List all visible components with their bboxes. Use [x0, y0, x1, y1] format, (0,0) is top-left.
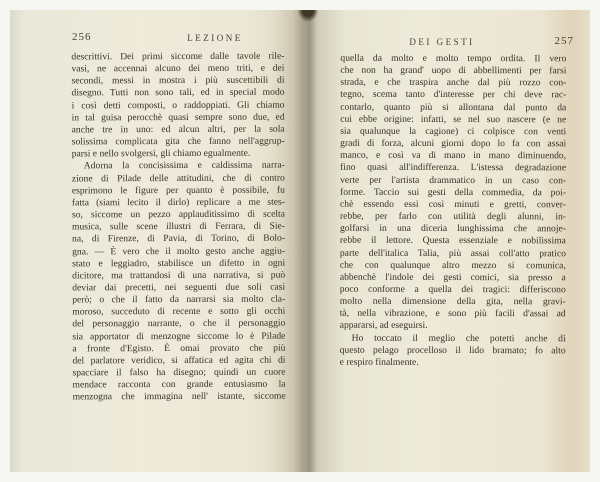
text-line: quella da molto e molto tempo ordita. Il…: [340, 53, 566, 66]
text-line: Adorna la concisissima e caldissima narr…: [72, 160, 285, 173]
text-line: musica, sulle scene illustri di Ferrara,…: [72, 221, 285, 234]
text-line: descrittivi. Dei primi siccome dalle tav…: [71, 51, 284, 64]
text-line: secondi, messi in mostra i più suscettib…: [71, 75, 284, 88]
text-line: so, siccome un pezzo applauditissimo di …: [72, 209, 285, 222]
text-line: golfarsi in una diceria lunghissima che …: [340, 223, 566, 236]
text-line: parte dell'italica Talia, più assai coll…: [340, 247, 566, 260]
text-line: vasi, ne accennai alcuno dei meno triti,…: [71, 63, 284, 76]
text-line: tà, nella vibrazione, e sono più facili …: [340, 308, 566, 321]
text-line: manco, e così va di mano in mano diminue…: [340, 150, 566, 163]
text-line: spacciare il falso ha disegno; quindi un…: [72, 367, 285, 380]
right-page: 257 DEI GESTI quella da molto e molto te…: [302, 10, 590, 472]
text-line: solissima complicata gita che fanno nell…: [72, 136, 285, 149]
text-line: gna. — È vero che il molto gesto anche a…: [72, 245, 285, 258]
right-page-text: quella da molto e molto tempo ordita. Il…: [340, 53, 567, 370]
text-line: parsi e nello svolgersi, gli chiamo egua…: [72, 148, 285, 161]
text-line: i così detti composti, o raddoppiati. Gl…: [72, 99, 285, 112]
text-line: però; o che il fatto da narrarsi sia mol…: [72, 294, 285, 307]
left-page: 256 LEZIONE descrittivi. Dei primi sicco…: [10, 10, 302, 472]
text-line: sia apportator di menzogne siccome lo è …: [72, 330, 285, 343]
text-line: poco conforme a quella dei tragici: diff…: [340, 284, 566, 297]
text-line: del parlatore veridico, si affatica ed a…: [72, 355, 285, 368]
text-line: zione di Pilade delle attitudini, che di…: [72, 172, 285, 185]
text-line: Ho toccato il meglio che potetti anche d…: [340, 332, 566, 345]
text-line: che non ha grand' uopo di abbellimenti p…: [340, 65, 566, 78]
text-line: na, di Firenze, di Pavia, di Torino, di …: [72, 233, 285, 246]
text-line: molto nella dimensione della gita, nella…: [340, 296, 566, 309]
text-line: chè essendo essi così minuti e gretti, c…: [340, 199, 566, 212]
text-line: a fronte d'Egisto. È omai provato che pi…: [72, 342, 285, 355]
text-line: menzogna che immagina nell' istante, sic…: [73, 391, 286, 404]
text-line: moroso, succeduto di recente e sotto gli…: [72, 306, 285, 319]
text-line: questo pelago procelloso il lido bramato…: [340, 344, 566, 357]
text-line: sia qualunque la cagione) ci colpisce co…: [340, 126, 566, 139]
text-line: abbenchè l'indole dei gesti comici, sia …: [340, 272, 566, 285]
text-line: del personaggio narrante, o che il perso…: [72, 318, 285, 331]
text-line: fatta (siami lecito il dirlo) replicare …: [72, 197, 285, 210]
book-scan: 256 LEZIONE descrittivi. Dei primi sicco…: [10, 10, 590, 472]
text-line: verte per l'artista drammatico in un cas…: [340, 174, 566, 187]
text-line: gradi di forza, alcuni giorni dopo lo fa…: [340, 138, 566, 151]
text-line: fino quasi all'indifferenza. L'istessa d…: [340, 162, 566, 175]
text-line: e respiro finalmente.: [340, 357, 566, 370]
text-line: anche tre in uno: ed alcun altri, per la…: [72, 124, 285, 137]
text-line: tegno, scema tanto d'interesse per chi d…: [340, 89, 566, 102]
text-line: stato e leggiadro, stabilisce un difetto…: [72, 257, 285, 270]
text-line: che con qualunque altro mezzo si comunic…: [340, 259, 566, 272]
right-page-number: 257: [555, 35, 575, 47]
text-line: deviar dai precetti, nei seguenti due so…: [72, 282, 285, 295]
text-line: esprimono le figure per quanto è possibi…: [72, 184, 285, 197]
right-running-title: DEI GESTI: [409, 37, 474, 47]
text-line: contarlo, quanto più si allontana dal pu…: [340, 101, 566, 114]
text-line: disegno. Tutti non sono tali, ed in spec…: [72, 87, 285, 100]
text-line: mendace racconta con grande entusiasmo l…: [73, 379, 286, 392]
text-line: rebbe, per farlo con utilità degli alunn…: [340, 211, 566, 224]
text-line: rebbe il lettore. Questa essenziale e no…: [340, 235, 566, 248]
text-line: dicitore, ma trattandosi di una narrativ…: [72, 269, 285, 282]
text-line: in tal guisa perocchè quasi sempre sono …: [72, 111, 285, 124]
text-line: forme. Taccio sui gesti della commedia, …: [340, 186, 566, 199]
text-line: cui ebbe origine: infatti, se nel suo na…: [340, 113, 566, 126]
left-page-text: descrittivi. Dei primi siccome dalle tav…: [71, 51, 285, 404]
left-page-number: 256: [72, 31, 92, 43]
left-running-title: LEZIONE: [187, 33, 243, 43]
text-line: strada, e che traspira anche dal più roz…: [340, 77, 566, 90]
text-line: appararsi, ad eseguirsi.: [340, 320, 566, 333]
